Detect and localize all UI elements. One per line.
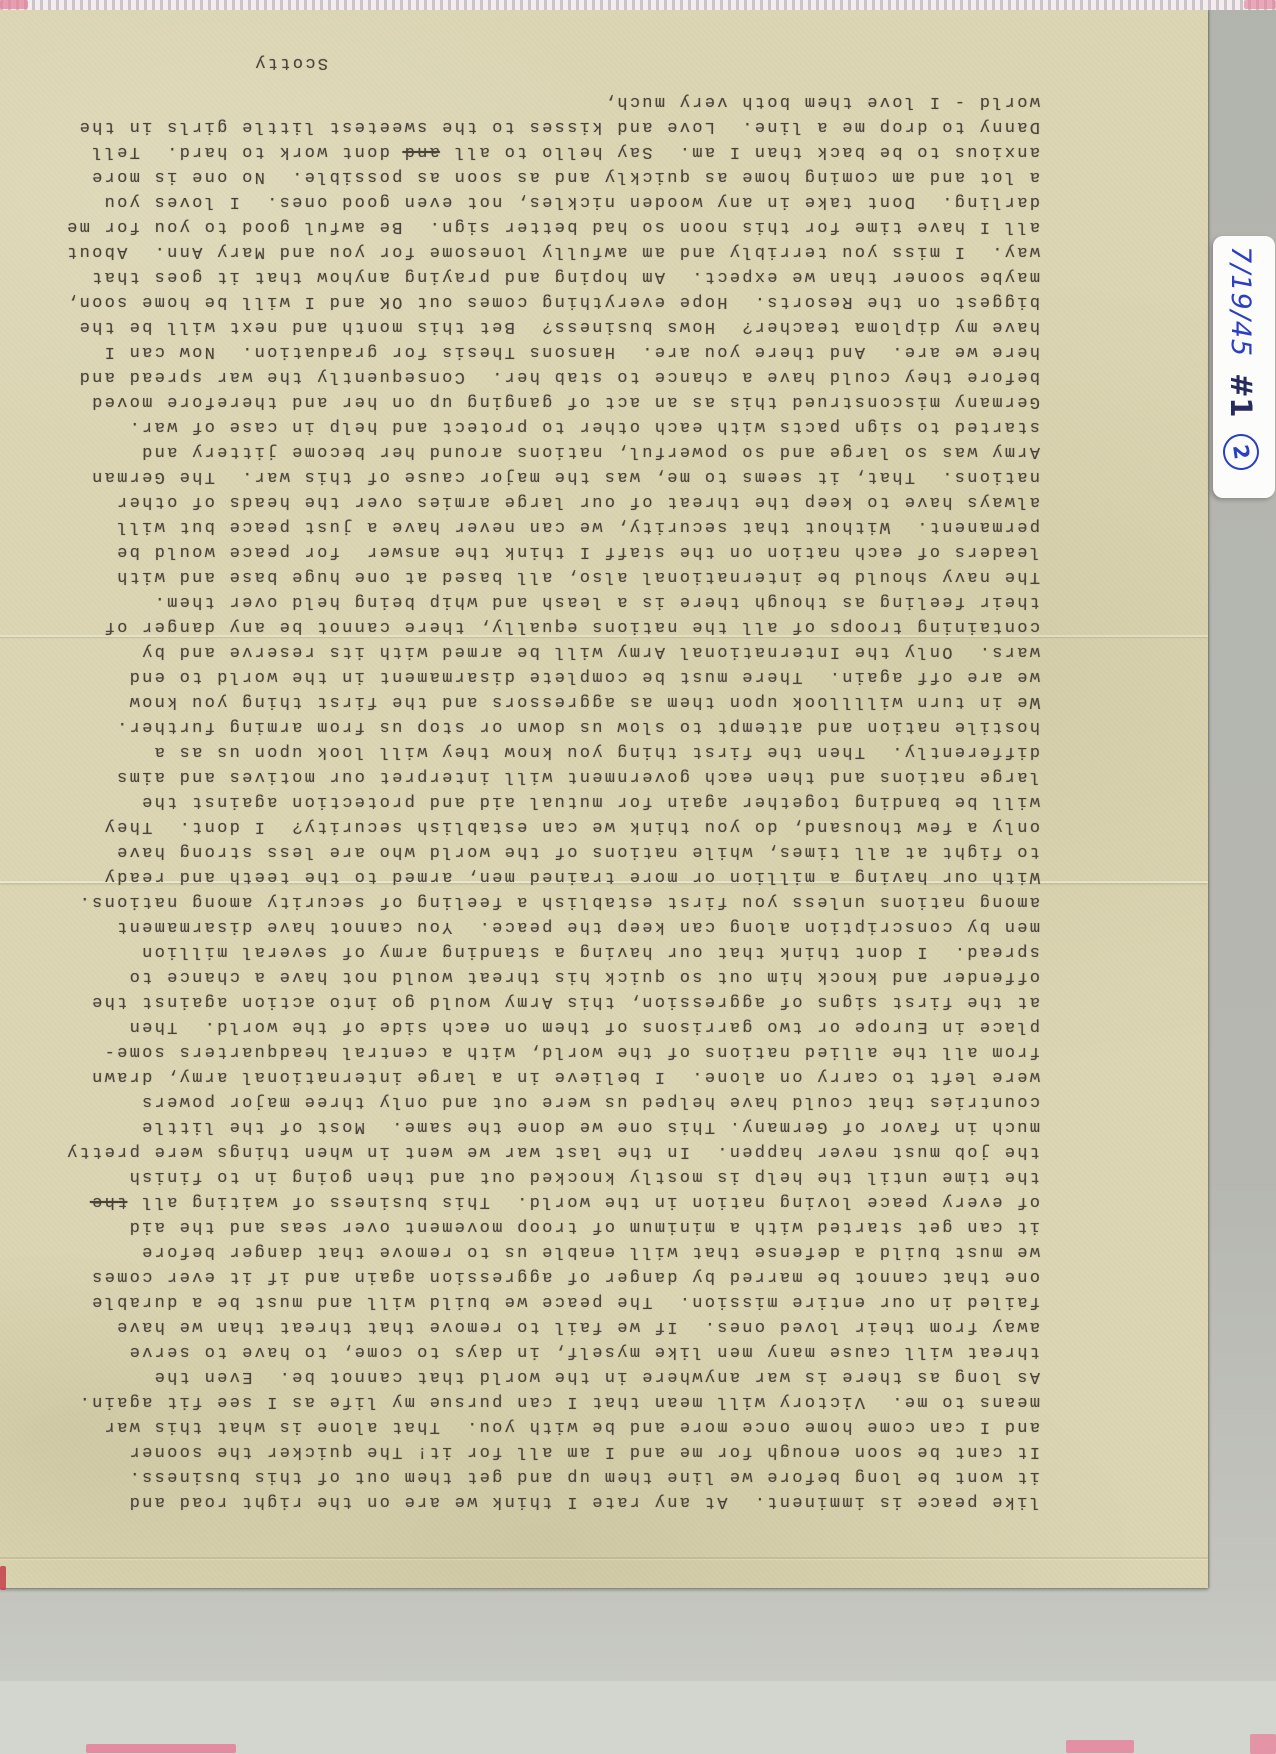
letter-line: of every peace loving nation in the worl… [44, 1189, 1040, 1214]
scanner-edge-strip [0, 0, 1276, 10]
letter-line: hostile nation and attempt to slow us do… [44, 714, 1040, 739]
letter-line: failed in our entire mission. The peace … [44, 1289, 1040, 1314]
letter-line: and I can come home once more and be wit… [44, 1414, 1040, 1439]
letter-line: men by conscription along can keep the p… [44, 914, 1040, 939]
annotation-page-number: 2 [1228, 443, 1254, 461]
letter-line: differently. Then the first thing you kn… [44, 739, 1040, 764]
letter-line: maybe sooner than we expect. Am hoping a… [44, 264, 1040, 289]
letter-line: With our having a million or more traine… [44, 864, 1040, 889]
letter-line: Danny to drop me a line. Love and kisses… [44, 114, 1040, 139]
letter-line: among nations unless you first establish… [44, 889, 1040, 914]
letter-line: As long as there is war anywhere in the … [44, 1364, 1040, 1389]
letter-line: permanent. Without that security, we can… [44, 514, 1040, 539]
letter-line: always have to keep the threat of our la… [44, 489, 1040, 514]
letter-line: place in Europe or two garrisons of them… [44, 1014, 1040, 1039]
letter-line: the job must never happen. In the last w… [44, 1139, 1040, 1164]
letter-line: have my diploma teacher? Hows business? … [44, 314, 1040, 339]
red-corner-mark [0, 1566, 6, 1590]
letter-line: started to sign pacts with each other to… [44, 414, 1040, 439]
letter-line: at the first signs of aggression, this A… [44, 989, 1040, 1014]
letter-line: wars. Only the International Army will b… [44, 639, 1040, 664]
letter-line: nations. That, it seems to me, was the m… [44, 464, 1040, 489]
pink-edge-mark [86, 1744, 236, 1753]
letter-line: it can get started with a minimum of tro… [44, 1214, 1040, 1239]
letter-line: the time until the help is mostly knocke… [44, 1164, 1040, 1189]
signature: Scotty [44, 50, 328, 75]
letter-text-block: like peace is imminent. At any rate I th… [44, 89, 1040, 1514]
letter-line: like peace is imminent. At any rate I th… [44, 1489, 1040, 1514]
letter-line: threat will cause many men like myself, … [44, 1339, 1040, 1364]
letter-line: one that cannot be marred by danger of a… [44, 1264, 1040, 1289]
letter-line: offender and knock him out so quick his … [44, 964, 1040, 989]
letter-line: from all the allied nations of the world… [44, 1039, 1040, 1064]
letter-line: countries that could have helped us were… [44, 1089, 1040, 1114]
letter-line: It cant be soon enough for me and I am a… [44, 1439, 1040, 1464]
letter-line: a lot and am coming home as quickly and … [44, 164, 1040, 189]
pink-edge-mark [1244, 0, 1276, 9]
annotation-number: #1 [1224, 373, 1258, 417]
letter-line: were left to carry on alone. I believe i… [44, 1064, 1040, 1089]
letter-line: their feeling as though there is a leash… [44, 589, 1040, 614]
letter-line: we are off again. There must be complete… [44, 664, 1040, 689]
letter-line: leaders of each nation on the staff I th… [44, 539, 1040, 564]
letter-line: we must build a defense that will enable… [44, 1239, 1040, 1264]
letter-line: away from their loved ones. If we fail t… [44, 1314, 1040, 1339]
letter-line: We in turn willllook upon them as aggres… [44, 689, 1040, 714]
letter-line: The navy should be international also, a… [44, 564, 1040, 589]
letter-line: much in favor of Germany. This one we do… [44, 1114, 1040, 1139]
letter-line: containing troops of all the nations equ… [44, 614, 1040, 639]
letter-page: like peace is imminent. At any rate I th… [0, 9, 1208, 1588]
letter-line: before they could have a chance to stab … [44, 364, 1040, 389]
annotation-page-circled: 2 [1221, 431, 1262, 472]
letter-line: will be banding together again for mutua… [44, 789, 1040, 814]
letter-line: large nations and then each government w… [44, 764, 1040, 789]
pink-edge-mark [1250, 1734, 1276, 1754]
letter-line: it wont be long before we line them up a… [44, 1464, 1040, 1489]
letter-line: way. I miss you terribly and am awfully … [44, 239, 1040, 264]
pink-edge-mark [1066, 1740, 1134, 1753]
letter-line: anxious to be back than I am. Say hello … [44, 139, 1040, 164]
letter-line: world - I love them both very much, [44, 89, 1040, 114]
scanned-document: like peace is imminent. At any rate I th… [0, 0, 1276, 1754]
annotation-date: 7/19/45 [1226, 246, 1257, 357]
letter-line: only a few thousand, do you think we can… [44, 814, 1040, 839]
letter-line: Germany misconstrued this as an act of g… [44, 389, 1040, 414]
letter-line: spread. I dont think that our having a s… [44, 939, 1040, 964]
pink-edge-mark [0, 0, 28, 9]
letter-line: to fight at all times, while nations of … [44, 839, 1040, 864]
date-annotation: 7/19/45 #1 2 [1218, 246, 1264, 490]
letter-body-rotated: like peace is imminent. At any rate I th… [0, 9, 1208, 1588]
letter-line: darling. Dont take in any wooden nickles… [44, 189, 1040, 214]
letter-line: all I have time for this noon so had bet… [44, 214, 1040, 239]
letter-line: Army was so large and so powerful, natio… [44, 439, 1040, 464]
letter-line: biggest on the Resorts. Hope everything … [44, 289, 1040, 314]
letter-line: means to me. Victory will mean that I ca… [44, 1389, 1040, 1414]
letter-line: here we are. And there you are. Hansons … [44, 339, 1040, 364]
